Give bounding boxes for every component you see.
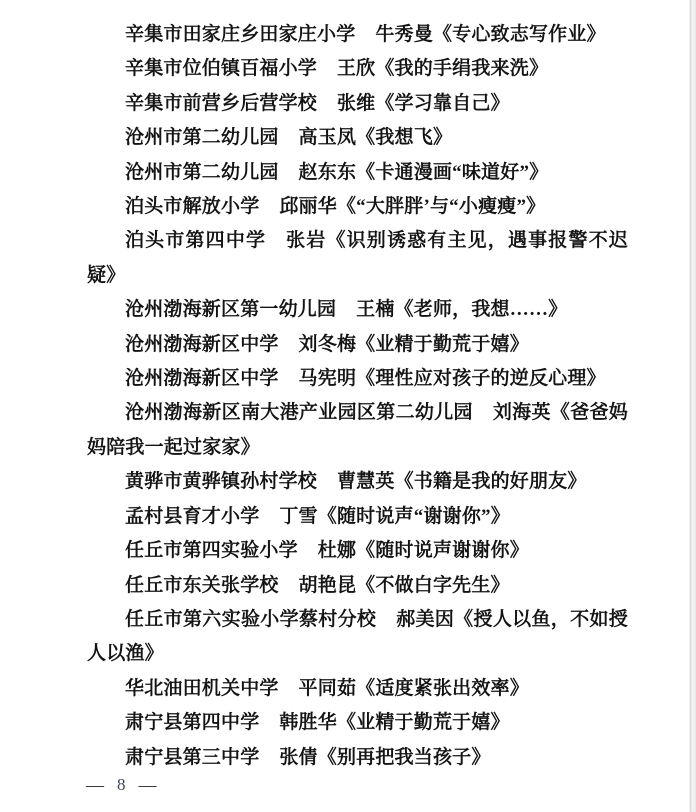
- teacher-name: 张倩: [279, 747, 317, 768]
- teacher-name: 郝美因: [396, 609, 454, 630]
- award-entry: 沧州渤海新区中学马宪明《理性应对孩子的逆反心理》: [87, 362, 628, 396]
- award-entry: 泊头市解放小学邱丽华《“大胖胖’与“小瘦瘦”》: [87, 190, 628, 224]
- school-name: 肃宁县第四中学: [125, 712, 259, 733]
- teacher-name: 韩胜华: [279, 712, 337, 733]
- award-entry: 肃宁县第三中学张倩《别再把我当孩子》: [87, 741, 628, 775]
- school-name: 沧州渤海新区第一幼儿园: [125, 299, 336, 320]
- award-entry: 沧州渤海新区南大港产业园区第二幼儿园刘海英《爸爸妈妈陪我一起过家家》: [87, 396, 628, 465]
- work-title: 《不做白字先生》: [356, 575, 510, 596]
- school-name: 沧州市第二幼儿园: [125, 127, 279, 148]
- teacher-name: 张岩: [286, 230, 326, 251]
- teacher-name: 曹慧英: [337, 471, 395, 492]
- school-name: 辛集市位伯镇百福小学: [125, 58, 317, 79]
- teacher-name: 杜娜: [318, 540, 356, 561]
- school-name: 任丘市第四实验小学: [125, 540, 298, 561]
- award-entry: 辛集市位伯镇百福小学王欣《我的手绢我来洗》: [87, 52, 628, 86]
- award-entry: 任丘市第六实验小学蔡村分校郝美因《授人以鱼，不如授人以渔》: [87, 603, 628, 672]
- award-entry: 辛集市前营乡后营学校张维《学习靠自己》: [87, 87, 628, 121]
- work-title: 《我想飞》: [356, 127, 452, 148]
- teacher-name: 王楠: [356, 299, 394, 320]
- work-title: 《理性应对孩子的逆反心理》: [356, 368, 606, 389]
- school-name: 沧州渤海新区南大港产业园区第二幼儿园: [125, 402, 473, 423]
- work-title: 《业精于勤荒于嬉》: [356, 334, 529, 355]
- award-entry: 沧州市第二幼儿园高玉凤《我想飞》: [87, 121, 628, 155]
- teacher-name: 邱丽华: [279, 196, 337, 217]
- work-title: 《专心致志写作业》: [433, 24, 606, 45]
- work-title: 《随时说声“谢谢你”》: [318, 506, 510, 527]
- school-name: 沧州渤海新区中学: [125, 334, 279, 355]
- school-name: 辛集市田家庄乡田家庄小学: [125, 24, 355, 45]
- school-name: 任丘市第六实验小学蔡村分校: [125, 609, 376, 630]
- award-entry: 沧州市第二幼儿园赵东东《卡通漫画“味道好”》: [87, 156, 628, 190]
- work-title: 《学习靠自己》: [375, 93, 509, 114]
- work-title: 《老师，我想……》: [395, 299, 568, 320]
- teacher-name: 赵东东: [299, 162, 357, 183]
- school-name: 泊头市第四中学: [125, 230, 266, 251]
- award-entry: 黄骅市黄骅镇孙村学校曹慧英《书籍是我的好朋友》: [87, 465, 628, 499]
- work-title: 《“大胖胖’与“小瘦瘦”》: [337, 196, 545, 217]
- teacher-name: 牛秀曼: [375, 24, 433, 45]
- teacher-name: 丁雪: [279, 506, 317, 527]
- school-name: 肃宁县第三中学: [125, 747, 259, 768]
- award-entry: 华北油田机关中学平同茹《适度紧张出效率》: [87, 672, 628, 706]
- school-name: 孟村县育才小学: [125, 506, 259, 527]
- footer-right-dash: —: [139, 776, 157, 794]
- work-title: 《卡通漫画“味道好”》: [356, 162, 548, 183]
- document-page: 辛集市田家庄乡田家庄小学牛秀曼《专心致志写作业》 辛集市位伯镇百福小学王欣《我的…: [0, 0, 696, 812]
- entry-list: 辛集市田家庄乡田家庄小学牛秀曼《专心致志写作业》 辛集市位伯镇百福小学王欣《我的…: [87, 18, 628, 775]
- school-name: 华北油田机关中学: [125, 678, 279, 699]
- page-number: 8: [117, 776, 126, 794]
- award-entry: 沧州渤海新区第一幼儿园王楠《老师，我想……》: [87, 293, 628, 327]
- teacher-name: 平同茹: [299, 678, 357, 699]
- school-name: 黄骅市黄骅镇孙村学校: [125, 471, 317, 492]
- scan-edge-artifact: [689, 0, 696, 812]
- teacher-name: 胡艳昆: [299, 575, 357, 596]
- page-footer: — 8 —: [86, 776, 157, 794]
- award-entry: 沧州渤海新区中学刘冬梅《业精于勤荒于嬉》: [87, 328, 628, 362]
- teacher-name: 高玉凤: [299, 127, 357, 148]
- work-title: 《业精于勤荒于嬉》: [337, 712, 510, 733]
- award-entry: 肃宁县第四中学韩胜华《业精于勤荒于嬉》: [87, 706, 628, 740]
- school-name: 泊头市解放小学: [125, 196, 259, 217]
- work-title: 《我的手绢我来洗》: [375, 58, 548, 79]
- teacher-name: 张维: [337, 93, 375, 114]
- teacher-name: 刘冬梅: [299, 334, 357, 355]
- work-title: 《适度紧张出效率》: [356, 678, 529, 699]
- school-name: 任丘市东关张学校: [125, 575, 279, 596]
- work-title: 《书籍是我的好朋友》: [395, 471, 587, 492]
- award-entry: 孟村县育才小学丁雪《随时说声“谢谢你”》: [87, 500, 628, 534]
- school-name: 辛集市前营乡后营学校: [125, 93, 317, 114]
- teacher-name: 马宪明: [299, 368, 357, 389]
- award-entry: 任丘市第四实验小学杜娜《随时说声谢谢你》: [87, 534, 628, 568]
- award-entry: 泊头市第四中学张岩《识别诱惑有主见，遇事报警不迟疑》: [87, 224, 628, 293]
- teacher-name: 刘海英: [493, 402, 551, 423]
- school-name: 沧州市第二幼儿园: [125, 162, 279, 183]
- footer-left-dash: —: [86, 776, 104, 794]
- award-entry: 辛集市田家庄乡田家庄小学牛秀曼《专心致志写作业》: [87, 18, 628, 52]
- work-title: 《别再把我当孩子》: [318, 747, 491, 768]
- teacher-name: 王欣: [337, 58, 375, 79]
- award-entry: 任丘市东关张学校胡艳昆《不做白字先生》: [87, 569, 628, 603]
- school-name: 沧州渤海新区中学: [125, 368, 279, 389]
- work-title: 《随时说声谢谢你》: [356, 540, 529, 561]
